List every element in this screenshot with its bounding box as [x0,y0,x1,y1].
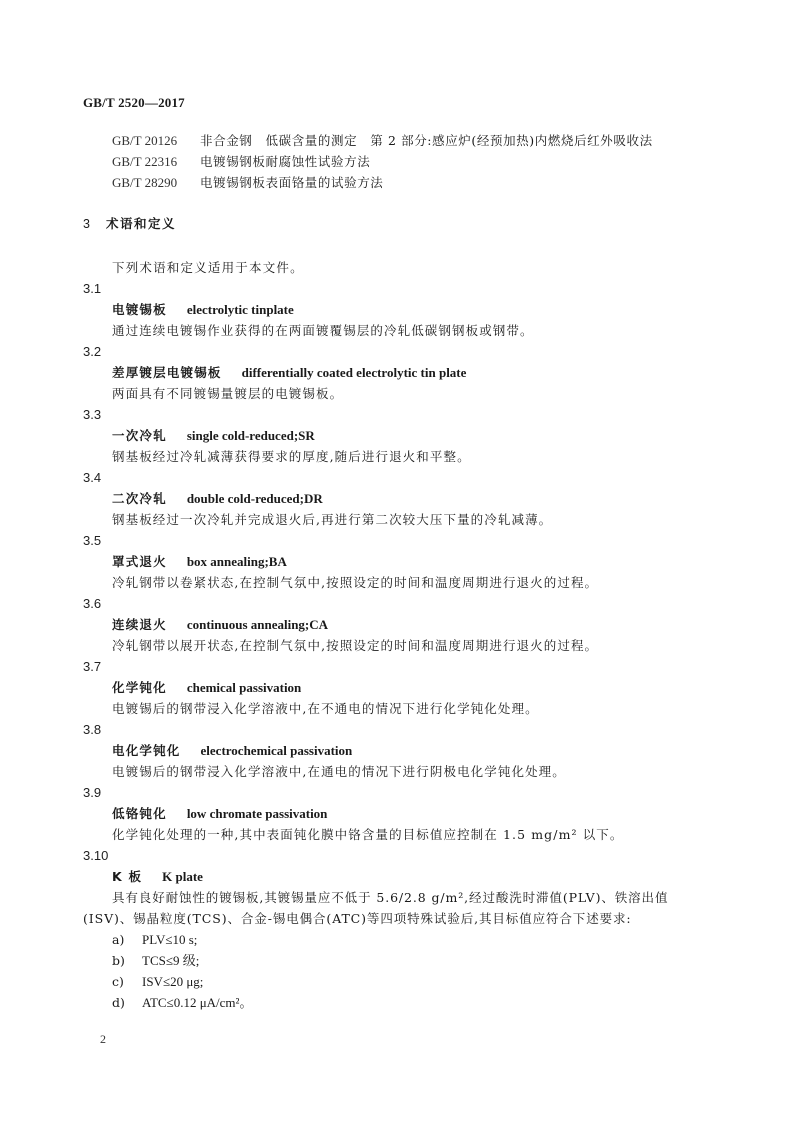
definition-line: 具有良好耐蚀性的镀锡板,其镀锡量应不低于 5.6/2.8 g/m²,经过酸洗时滞… [83,887,711,908]
term-number: 3.9 [83,782,723,803]
document-header: GB/T 2520—2017 [83,95,185,111]
definition-line: (ISV)、锡晶粒度(TCS)、合金-锡电偶合(ATC)等四项特殊试验后,其目标… [83,908,711,929]
term-name-zh: 差厚镀层电镀锡板 [112,365,222,380]
requirement-label: a) [112,929,142,950]
term-entry: 3.9 低铬钝化low chromate passivation 化学钝化处理的… [83,782,723,845]
term-name: 罩式退火box annealing;BA [83,551,723,572]
term-number: 3.7 [83,656,723,677]
requirement-item: a)PLV≤10 s; [112,929,723,950]
term-name-en: K plate [162,869,203,884]
normative-references: GB/T 20126非合金钢 低碳含量的测定 第 2 部分:感应炉(经预加热)内… [112,130,653,193]
reference-code: GB/T 28290 [112,172,200,193]
reference-code: GB/T 20126 [112,130,200,151]
terms-list: 3.1 电镀锡板electrolytic tinplate 通过连续电镀锡作业获… [83,278,723,1013]
term-definition: 具有良好耐蚀性的镀锡板,其镀锡量应不低于 5.6/2.8 g/m²,经过酸洗时滞… [83,887,711,929]
term-name-en: electrolytic tinplate [187,302,294,317]
term-name: 连续退火continuous annealing;CA [83,614,723,635]
term-name: 化学钝化chemical passivation [83,677,723,698]
term-entry: 3.4 二次冷轧double cold-reduced;DR 钢基板经过一次冷轧… [83,467,723,530]
requirement-label: c) [112,971,142,992]
term-name-zh: 一次冷轧 [112,428,167,443]
term-entry: 3.2 差厚镀层电镀锡板differentially coated electr… [83,341,723,404]
term-number: 3.4 [83,467,723,488]
requirement-item: c)ISV≤20 μg; [112,971,723,992]
term-definition: 通过连续电镀锡作业获得的在两面镀覆锡层的冷轧低碳钢钢板或钢带。 [83,320,723,341]
requirement-value: TCS≤9 级; [142,953,199,968]
term-name-zh: K 板 [112,869,142,884]
requirement-label: d) [112,992,142,1013]
term-definition: 两面具有不同镀锡量镀层的电镀锡板。 [83,383,723,404]
term-number: 3.10 [83,845,723,866]
term-number: 3.2 [83,341,723,362]
term-number: 3.6 [83,593,723,614]
term-name: K 板K plate [83,866,723,887]
term-name: 电化学钝化electrochemical passivation [83,740,723,761]
requirements-list: a)PLV≤10 s; b)TCS≤9 级; c)ISV≤20 μg; d)AT… [83,929,723,1013]
section-heading: 3术语和定义 [83,214,176,232]
term-entry: 3.7 化学钝化chemical passivation 电镀锡后的钢带浸入化学… [83,656,723,719]
term-definition: 电镀锡后的钢带浸入化学溶液中,在通电的情况下进行阴极电化学钝化处理。 [83,761,723,782]
requirement-item: d)ATC≤0.12 μA/cm²。 [112,992,723,1013]
term-definition: 钢基板经过一次冷轧并完成退火后,再进行第二次较大压下量的冷轧减薄。 [83,509,723,530]
term-number: 3.8 [83,719,723,740]
term-name: 电镀锡板electrolytic tinplate [83,299,723,320]
reference-code: GB/T 22316 [112,151,200,172]
reference-item: GB/T 28290电镀锡钢板表面铬量的试验方法 [112,172,653,193]
term-number: 3.1 [83,278,723,299]
term-name-zh: 低铬钝化 [112,806,167,821]
term-name-en: continuous annealing;CA [187,617,328,632]
term-name: 二次冷轧double cold-reduced;DR [83,488,723,509]
reference-item: GB/T 22316电镀锡钢板耐腐蚀性试验方法 [112,151,653,172]
page-number: 2 [100,1032,106,1047]
term-name: 低铬钝化low chromate passivation [83,803,723,824]
term-name-en: low chromate passivation [187,806,328,821]
term-entry: 3.10 K 板K plate 具有良好耐蚀性的镀锡板,其镀锡量应不低于 5.6… [83,845,723,1013]
requirement-item: b)TCS≤9 级; [112,950,723,971]
reference-item: GB/T 20126非合金钢 低碳含量的测定 第 2 部分:感应炉(经预加热)内… [112,130,653,151]
term-name-zh: 罩式退火 [112,554,167,569]
reference-title: 非合金钢 低碳含量的测定 第 2 部分:感应炉(经预加热)内燃烧后红外吸收法 [200,133,653,148]
term-name-en: electrochemical passivation [201,743,353,758]
term-definition: 电镀锡后的钢带浸入化学溶液中,在不通电的情况下进行化学钝化处理。 [83,698,723,719]
term-definition: 冷轧钢带以展开状态,在控制气氛中,按照设定的时间和温度周期进行退火的过程。 [83,635,723,656]
term-entry: 3.8 电化学钝化electrochemical passivation 电镀锡… [83,719,723,782]
term-name-zh: 化学钝化 [112,680,167,695]
term-number: 3.3 [83,404,723,425]
requirement-value: PLV≤10 s; [142,932,197,947]
reference-title: 电镀锡钢板耐腐蚀性试验方法 [200,154,370,169]
term-definition: 钢基板经过冷轧减薄获得要求的厚度,随后进行退火和平整。 [83,446,723,467]
term-name-en: box annealing;BA [187,554,287,569]
term-entry: 3.3 一次冷轧single cold-reduced;SR 钢基板经过冷轧减薄… [83,404,723,467]
term-definition: 化学钝化处理的一种,其中表面钝化膜中铬含量的目标值应控制在 1.5 mg/m² … [83,824,723,845]
term-entry: 3.1 电镀锡板electrolytic tinplate 通过连续电镀锡作业获… [83,278,723,341]
term-number: 3.5 [83,530,723,551]
term-name: 一次冷轧single cold-reduced;SR [83,425,723,446]
term-definition: 冷轧钢带以卷紧状态,在控制气氛中,按照设定的时间和温度周期进行退火的过程。 [83,572,723,593]
requirement-label: b) [112,950,142,971]
term-name-zh: 电化学钝化 [112,743,181,758]
term-name-zh: 连续退火 [112,617,167,632]
section-intro: 下列术语和定义适用于本文件。 [112,258,304,276]
term-entry: 3.6 连续退火continuous annealing;CA 冷轧钢带以展开状… [83,593,723,656]
term-name-zh: 二次冷轧 [112,491,167,506]
reference-title: 电镀锡钢板表面铬量的试验方法 [200,175,383,190]
term-name: 差厚镀层电镀锡板differentially coated electrolyt… [83,362,723,383]
standard-code: GB/T 2520—2017 [83,95,185,110]
section-title: 术语和定义 [106,216,176,231]
term-name-zh: 电镀锡板 [112,302,167,317]
term-name-en: single cold-reduced;SR [187,428,315,443]
section-number: 3 [83,217,106,231]
requirement-value: ISV≤20 μg; [142,974,203,989]
term-entry: 3.5 罩式退火box annealing;BA 冷轧钢带以卷紧状态,在控制气氛… [83,530,723,593]
term-name-en: double cold-reduced;DR [187,491,323,506]
term-name-en: differentially coated electrolytic tin p… [242,365,467,380]
term-name-en: chemical passivation [187,680,301,695]
requirement-value: ATC≤0.12 μA/cm²。 [142,995,252,1010]
